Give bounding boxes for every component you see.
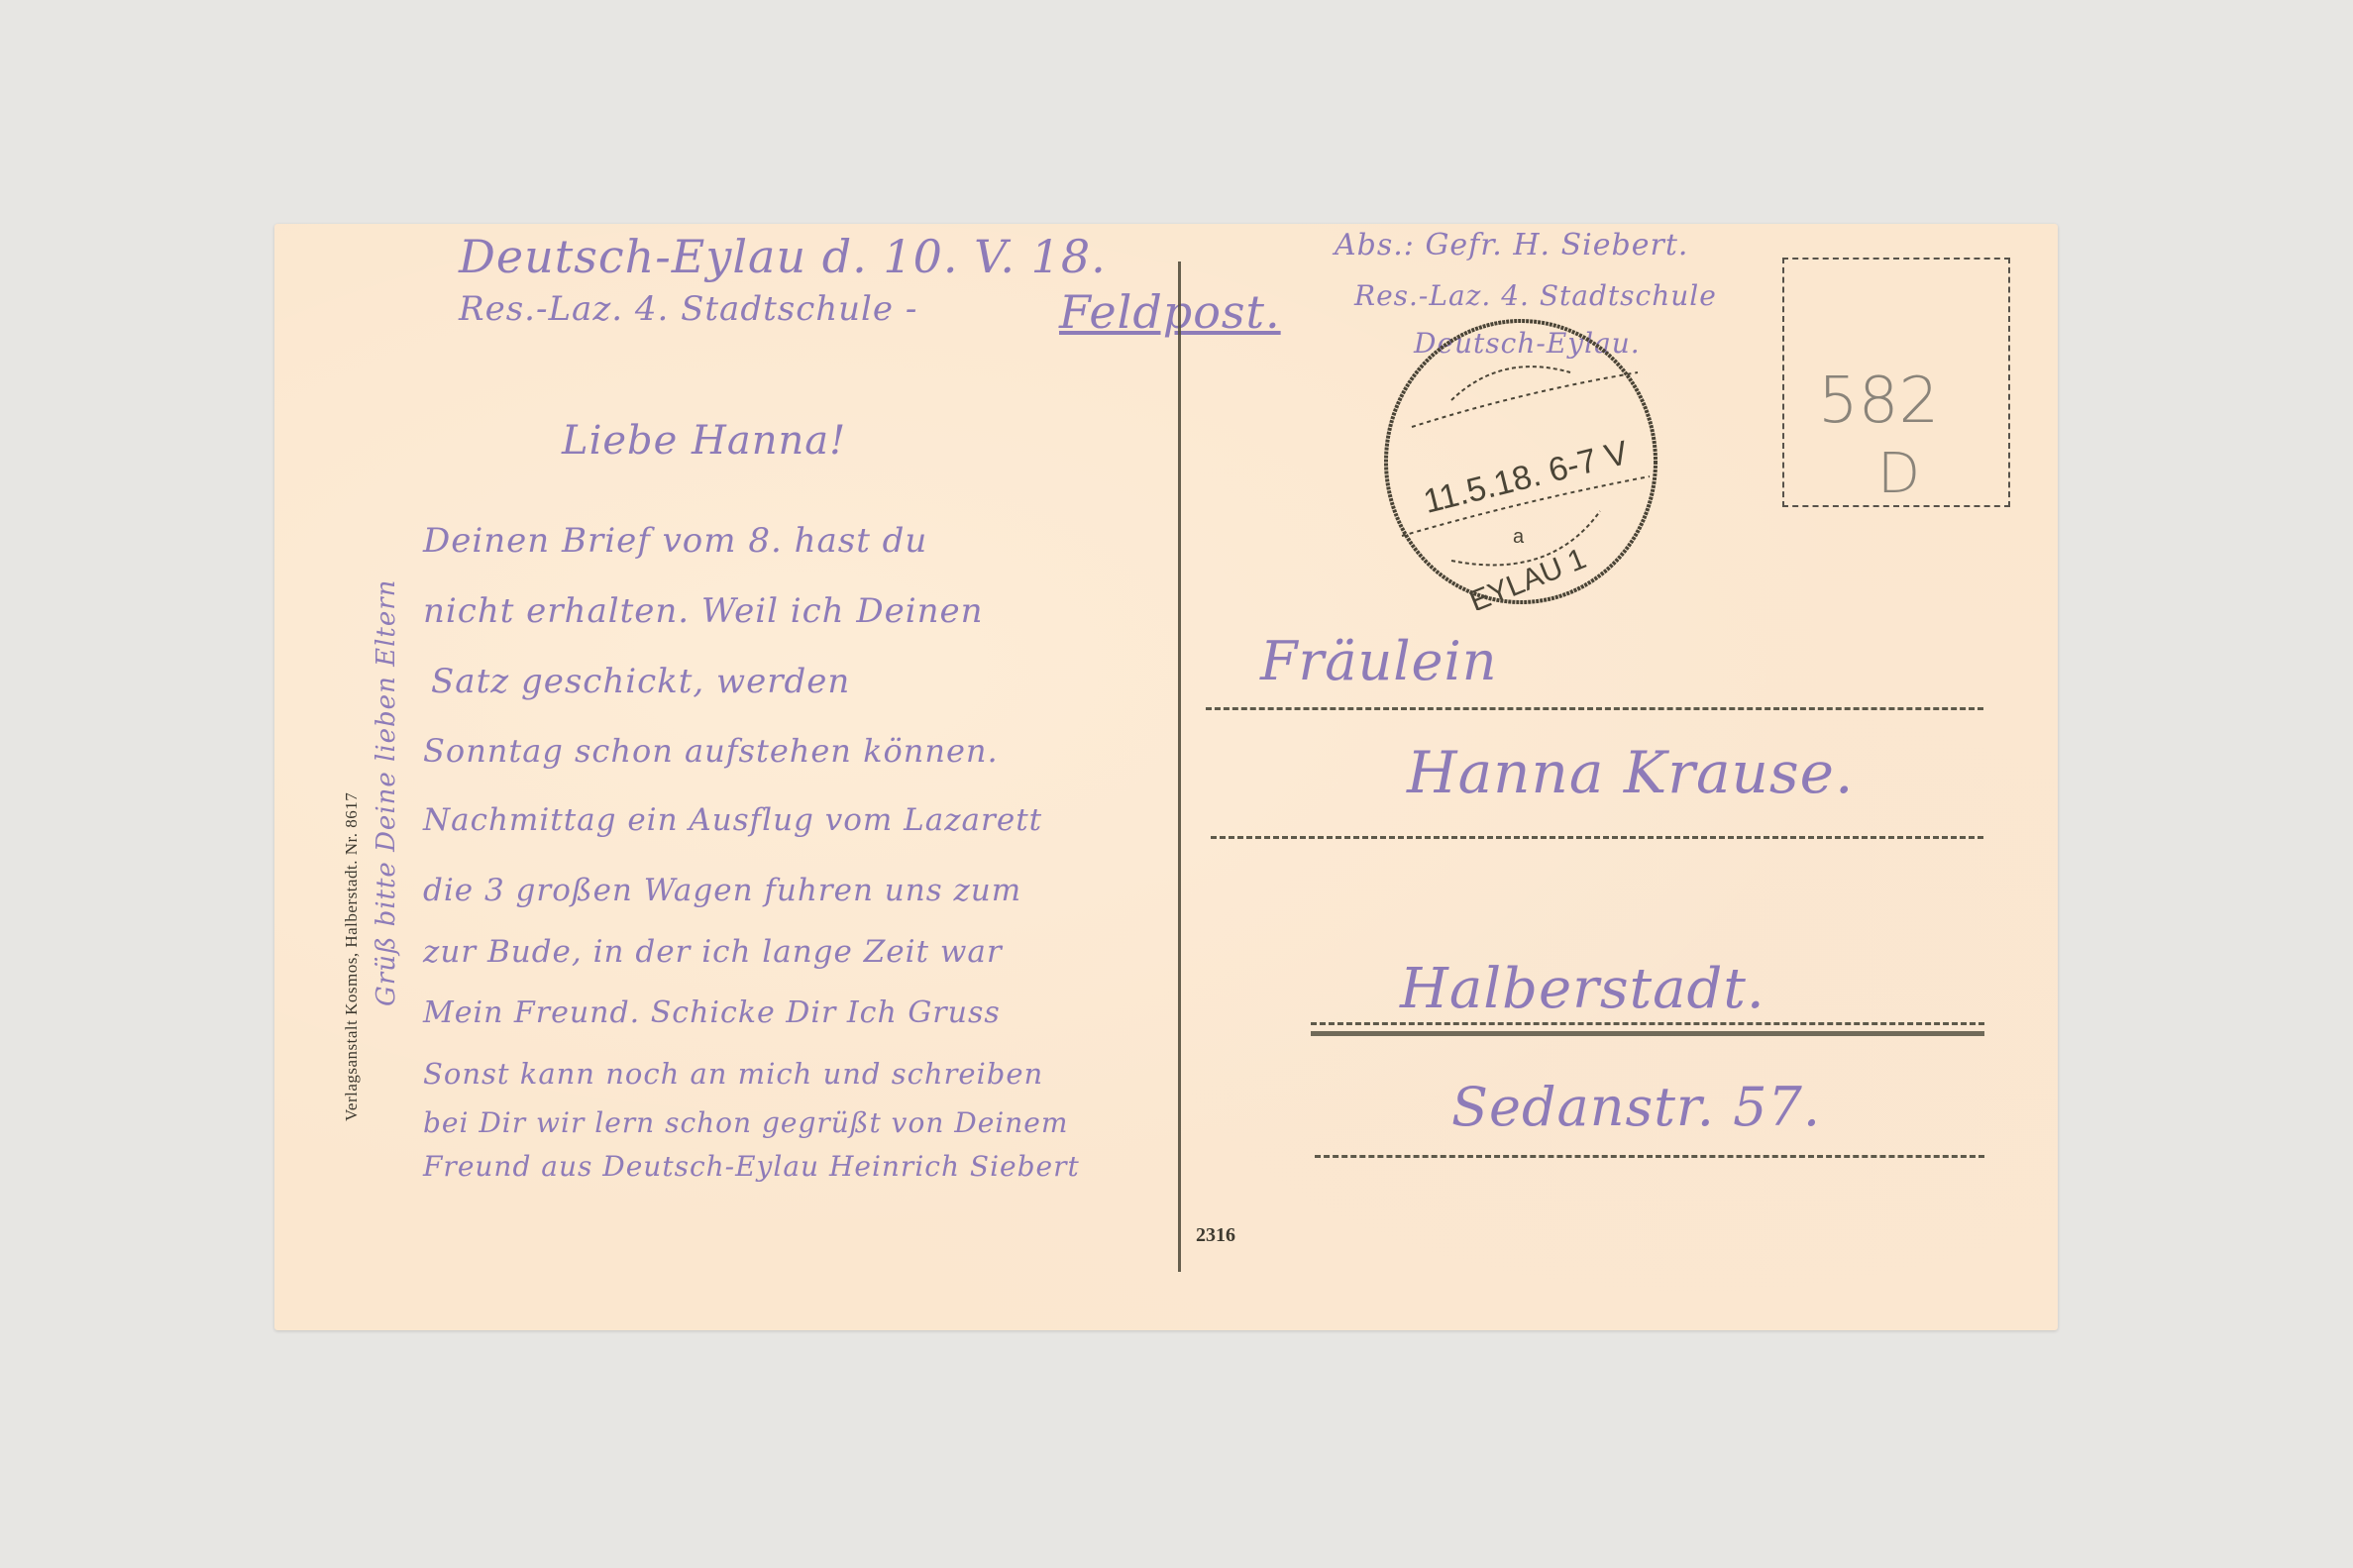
address-line-3 bbox=[1311, 1022, 1984, 1025]
card-number: 2316 bbox=[1196, 1224, 1235, 1247]
address-line-1 bbox=[1206, 707, 1983, 710]
postmark-letter: a bbox=[1513, 526, 1525, 548]
recipient-city: Halberstadt. bbox=[1400, 957, 1765, 1021]
message-line: Mein Freund. Schicke Dir Ich Gruss bbox=[423, 995, 1176, 1057]
address-line-4 bbox=[1315, 1155, 1984, 1158]
message-line: die 3 großen Wagen fuhren uns zum bbox=[423, 873, 1176, 934]
message-line: Sonst kann noch an mich und schreiben bbox=[423, 1057, 1176, 1106]
message-line: Freund aus Deutsch-Eylau Heinrich Sieber… bbox=[423, 1150, 1176, 1194]
postmark-city: EYLAU 1 bbox=[1465, 542, 1591, 610]
margin-note: Grüß bitte Deine lieben Eltern bbox=[372, 579, 401, 1006]
address-line-3-underline bbox=[1311, 1031, 1984, 1036]
center-divider bbox=[1178, 261, 1181, 1272]
message-line: zur Bude, in der ich lange Zeit war bbox=[423, 934, 1176, 995]
message-line: Sonntag schon aufstehen können. bbox=[423, 732, 1176, 802]
postcard: Verlagsanstalt Kosmos, Halberstadt. Nr. … bbox=[274, 224, 2058, 1330]
sender-address-line2: Res.-Laz. 4. Stadtschule bbox=[1354, 279, 1717, 312]
sender-address-line1: Abs.: Gefr. H. Siebert. bbox=[1335, 228, 1688, 262]
feldpost-label: Feldpost. bbox=[1059, 285, 1281, 339]
message-line: nicht erhalten. Weil ich Deinen bbox=[423, 591, 1176, 662]
recipient-salutation: Fräulein bbox=[1260, 630, 1498, 692]
recipient-street: Sedanstr. 57. bbox=[1451, 1076, 1821, 1138]
message-body: Deinen Brief vom 8. hast du nicht erhalt… bbox=[423, 521, 1176, 1194]
address-line-2 bbox=[1211, 836, 1983, 839]
stamp-box-pencil-letter: D bbox=[1877, 442, 1920, 506]
message-line: Deinen Brief vom 8. hast du bbox=[423, 521, 1176, 591]
sender-header-line2: Res.-Laz. 4. Stadtschule - bbox=[459, 289, 917, 329]
message-line: Nachmittag ein Ausflug vom Lazarett bbox=[423, 802, 1176, 873]
postmark: 11.5.18. 6-7 V a EYLAU 1 bbox=[1372, 313, 1669, 610]
sender-header-line1: Deutsch-Eylau d. 10. V. 18. bbox=[459, 230, 1107, 283]
recipient-name: Hanna Krause. bbox=[1407, 739, 1854, 806]
publisher-imprint: Verlagsanstalt Kosmos, Halberstadt. Nr. … bbox=[342, 792, 362, 1121]
message-line: Satz geschickt, werden bbox=[431, 662, 1184, 732]
greeting: Liebe Hanna! bbox=[562, 418, 846, 464]
postmark-date: 11.5.18. 6-7 V bbox=[1420, 434, 1632, 521]
stamp-box-pencil-number: 582 bbox=[1818, 365, 1939, 438]
message-line: bei Dir wir lern schon gegrüßt von Deine… bbox=[423, 1106, 1176, 1150]
